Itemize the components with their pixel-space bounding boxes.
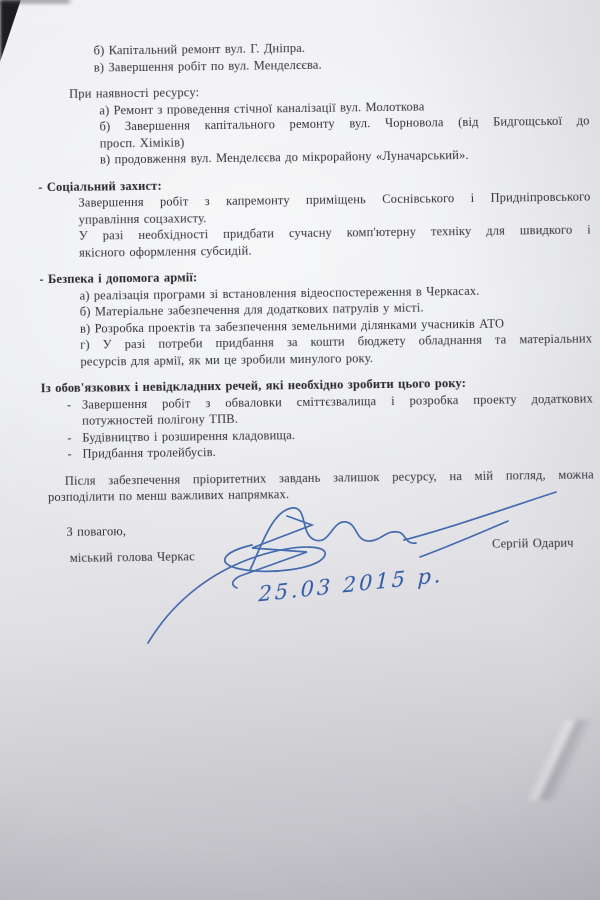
paragraph: У разі необхідності придбати сучасну ком…	[79, 221, 591, 260]
top-edge-shadow	[0, 0, 70, 3]
signer-name: Сергій Одарич	[492, 535, 574, 552]
list-item: г) У разі потреби придбання за кошти бюд…	[80, 330, 592, 369]
photo-paper-background: б) Капітальний ремонт вул. Г. Дніпра.в) …	[0, 0, 600, 900]
document-page: б) Капітальний ремонт вул. Г. Дніпра.в) …	[0, 0, 600, 567]
list-dash: -	[67, 446, 72, 463]
list-dash: -	[67, 396, 72, 413]
handwritten-date: 25.03 2015 р.	[258, 561, 458, 606]
paper-crease	[500, 720, 600, 800]
list-dash: -	[67, 429, 72, 446]
signer-title: міський голова Черкас	[70, 548, 195, 566]
paragraph: Після забезпечення пріоритетних завдань …	[48, 466, 594, 506]
document-body: б) Капітальний ремонт вул. Г. Дніпра.в) …	[37, 36, 595, 550]
